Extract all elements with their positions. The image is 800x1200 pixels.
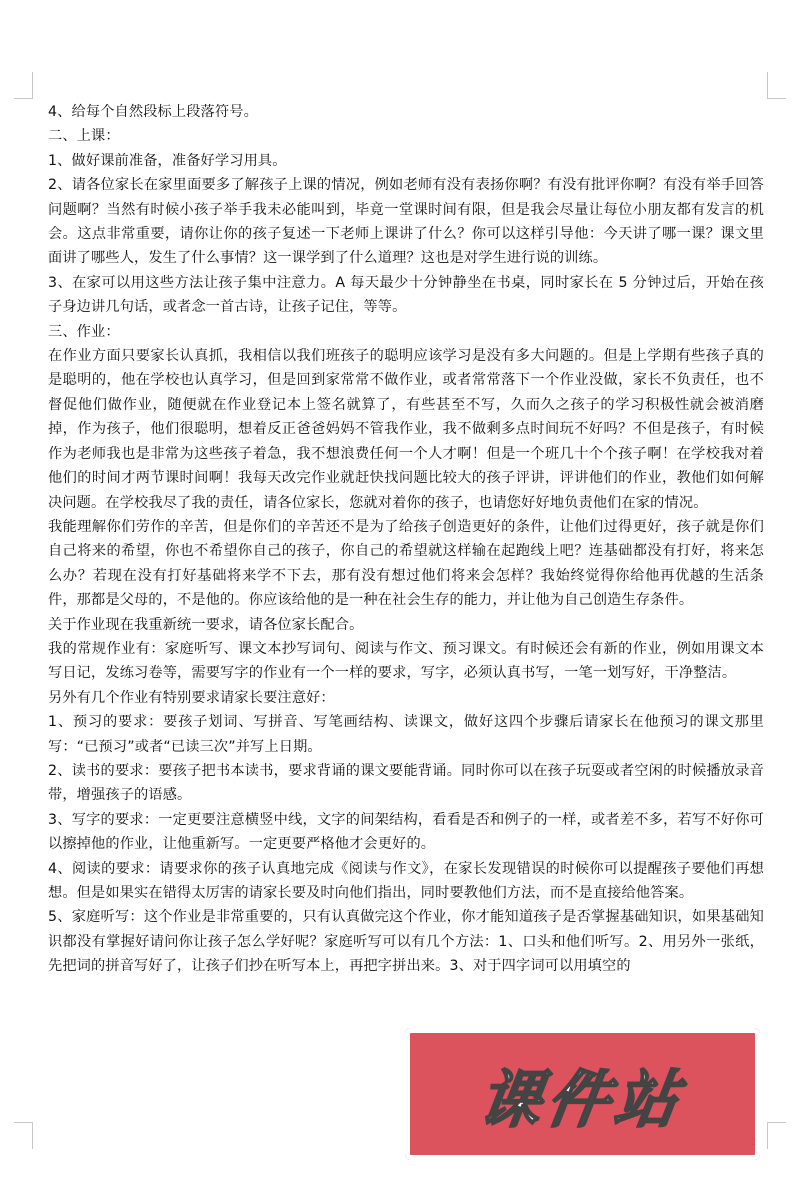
paragraph: 3、在家可以用这些方法让孩子集中注意力。A 每天最少十分钟静坐在书桌，同时家长在… xyxy=(48,271,764,320)
section-heading: 二、上课： xyxy=(48,124,764,148)
paragraph: 4、阅读的要求：请要求你的孩子认真地完成《阅读与作文》，在家长发现错误的时候你可… xyxy=(48,857,764,906)
page-corner-mark-bottom-right xyxy=(767,1122,786,1149)
paragraph: 1、做好课前准备，准备好学习用具。 xyxy=(48,149,764,173)
watermark-text: 课件站 xyxy=(474,1050,691,1139)
paragraph: 5、家庭听写：这个作业是非常重要的，只有认真做完这个作业，你才能知道孩子是否掌握… xyxy=(48,905,764,978)
paragraph: 1、预习的要求：要孩子划词、写拼音、写笔画结构、读课文，做好这四个步骤后请家长在… xyxy=(48,710,764,759)
paragraph: 另外有几个作业有特别要求请家长要注意好： xyxy=(48,686,764,710)
watermark-stamp: 课件站 xyxy=(405,1028,760,1160)
paragraph: 4、给每个自然段标上段落符号。 xyxy=(48,100,764,124)
paragraph: 关于作业现在我重新统一要求，请各位家长配合。 xyxy=(48,613,764,637)
paragraph: 我的常规作业有：家庭听写、课文本抄写词句、阅读与作文、预习课文。有时候还会有新的… xyxy=(48,637,764,686)
paragraph: 3、写字的要求：一定更要注意横竖中线，文字的间架结构，看看是否和例子的一样，或者… xyxy=(48,808,764,857)
paragraph: 我能理解你们劳作的辛苦，但是你们的辛苦还不是为了给孩子创造更好的条件，让他们过得… xyxy=(48,515,764,613)
paragraph: 2、请各位家长在家里面要多了解孩子上课的情况，例如老师有没有表扬你啊？有没有批评… xyxy=(48,173,764,271)
page-corner-mark-bottom-left xyxy=(14,1122,33,1149)
paragraph: 在作业方面只要家长认真抓，我相信以我们班孩子的聪明应该学习是没有多大问题的。但是… xyxy=(48,344,764,515)
page-corner-mark-top-left xyxy=(14,72,33,99)
paragraph: 2、读书的要求：要孩子把书本读书，要求背诵的课文要能背诵。同时你可以在孩子玩耍或… xyxy=(48,759,764,808)
page-corner-mark-top-right xyxy=(767,72,786,99)
document-body: 4、给每个自然段标上段落符号。 二、上课： 1、做好课前准备，准备好学习用具。 … xyxy=(48,100,764,979)
section-heading: 三、作业： xyxy=(48,320,764,344)
